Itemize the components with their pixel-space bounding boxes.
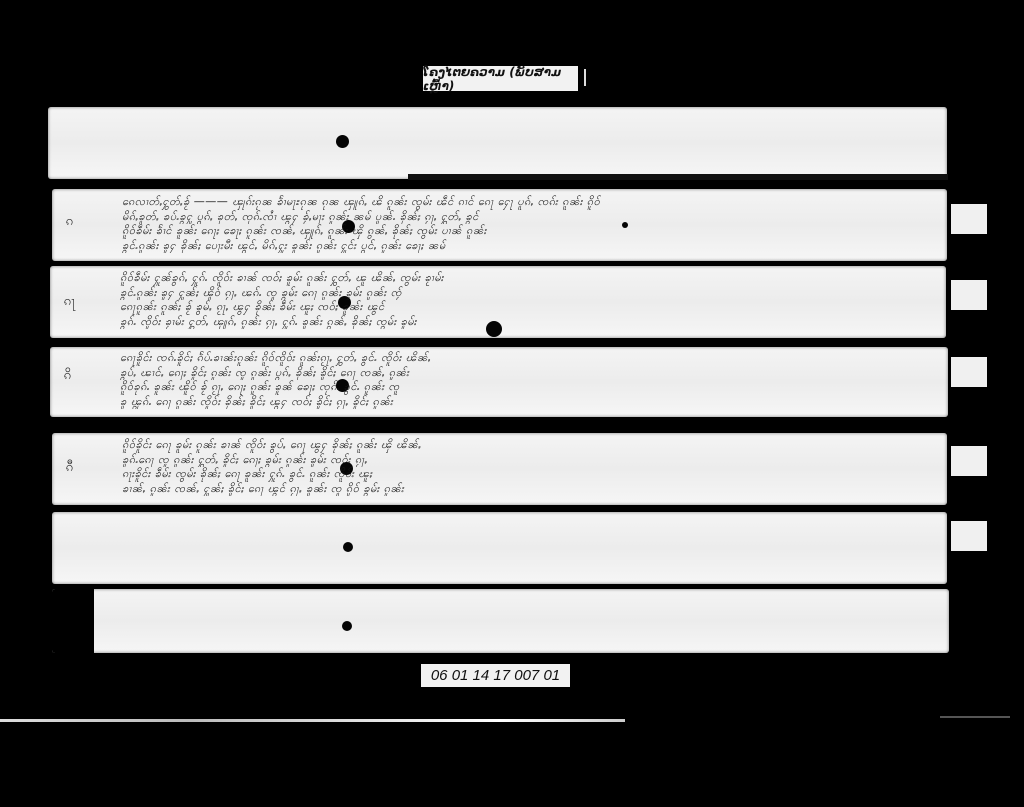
text-line: ၵေႃၵူၼ်း ၵူၼ်ႈ ၶႂ် ၶွမ်ႇ ၵႂႃႇ ၽွႁ ၶိုၼ်ႈ… xyxy=(120,300,926,315)
text-line: ၶွပ်ႇ ၽၢင်ႇ ၵေႃႈ ၶိူင်ႈ ၵူၼ်း ၸူ ၵူၼ်း ပ… xyxy=(120,366,928,381)
text-line: ၶူၵ်ႉၵေႃ ၸူ ၵူၼ်း ႁွတ်ႇ ၶိူင်ႈ ၵေႃႈ ၶွမ်… xyxy=(122,453,927,468)
text-line: ၵိူဝ်ၶိူင်း ၵေႃ ၶူမ်း ၵူၼ်း ၶၢၼ် ၸိူဝ်း … xyxy=(122,438,927,453)
palm-leaf-4: ၵိ ၵေႃၶိူင်း ၸၵ်ႉၶိူင်ႈ ၵႅပ်ႉၶၢၼ်းၵူၼ်း … xyxy=(50,347,948,417)
leaf-number: ၵိ xyxy=(64,367,71,386)
string-hole xyxy=(336,135,349,148)
leaf-text: ၵေလၢတ်ႇႁွတ်ႇၶႂ် ——— ၾုၵ်းၵုၼ ၶႅၢမႃႊၵုၼ ၵ… xyxy=(122,195,927,253)
leaf-number: ၵီ xyxy=(66,459,73,478)
side-tab xyxy=(951,357,987,387)
text-line: ၶွင်ႉၵူၼ်း ၶူႁ ၶိုၼ်ႈ ပေႃးမီး ၽွင်ႇ မိၵ်… xyxy=(122,239,927,254)
leaf-text: ၵိူဝ်ၶဵမ်း ႁူၼ်ၶွၵ်ႇ ႁူၵ်ႉ ၸိူဝ်း ၶၢၼ် ၸ… xyxy=(120,271,926,329)
text-line: ၵႃးၶိူင်း ၶဵမ်း ၸွမ်း ၶိုၼ်ႈ ၵေႃ ၶူၼ်း ႁ… xyxy=(122,467,927,482)
side-tab xyxy=(951,521,987,551)
leaf-text: ၵိူဝ်ၶိူင်း ၵေႃ ၶူမ်း ၵူၼ်း ၶၢၼ် ၸိူဝ်း … xyxy=(122,438,927,496)
leaf-damage xyxy=(408,174,948,180)
side-tab xyxy=(951,204,987,234)
palm-leaf-6 xyxy=(52,512,947,584)
side-tab xyxy=(951,446,987,476)
string-hole xyxy=(343,542,353,552)
leaf-number: ၵ xyxy=(66,213,73,232)
text-line: ၶူ ၾွၵ်ႉ ၵေႃ ၵူၼ်း ၸိူဝ်း ၶိုၼ်ႈ ၶိူင်ႈ … xyxy=(120,395,928,410)
palm-leaf-2: ၵ ၵေလၢတ်ႇႁွတ်ႇၶႂ် ——— ၾုၵ်းၵုၼ ၶႅၢမႃႊၵုၼ… xyxy=(52,189,947,261)
text-line: ၶွၵ်ႉ ၸိူဝ်း ၶႂၢမ်း ႁွတ်ႇ ၾူၵ်ႇ ၵူၼ်း ၵႂ… xyxy=(120,315,926,330)
text-line: ၵိူဝ်ၶဵမ်း ႁူၼ်ၶွၵ်ႇ ႁူၵ်ႉ ၸိူဝ်း ၶၢၼ် ၸ… xyxy=(120,271,926,286)
catalog-number-label: 06 01 14 17 007 01 xyxy=(421,664,570,687)
scan-edge-line xyxy=(0,719,625,722)
title-mark xyxy=(584,69,586,86)
text-line: မိၵ်ႇၶူတ်ႇ ၶပ်ႉၶွႁူ ပွၵ်ႇ ၶုတ်ႇ ၸုၵ်ႉၸၢႆ… xyxy=(122,210,927,225)
side-tab xyxy=(951,280,987,310)
leaf-damage xyxy=(52,589,94,653)
text-line: ၵေႃၶိူင်း ၸၵ်ႉၶိူင်ႈ ၵႅပ်ႉၶၢၼ်းၵူၼ်း ၵိူ… xyxy=(120,351,928,366)
leaf-text: ၵေႃၶိူင်း ၸၵ်ႉၶိူင်ႈ ၵႅပ်ႉၶၢၼ်းၵူၼ်း ၵိူ… xyxy=(120,351,928,409)
text-line: ၵေလၢတ်ႇႁွတ်ႇၶႂ် ——— ၾုၵ်းၵုၼ ၶႅၢမႃႊၵုၼ ၵ… xyxy=(122,195,927,210)
text-line: ၶွင်ႉၵူၼ်း ၶူႁ ႁူၼ်ႈ ၽိူဝ် ၵႂႃႇ ၽၵ်ႉ ၸူ … xyxy=(120,286,926,301)
leaf-number: ၵႃ xyxy=(64,293,75,312)
title-label: ໂຄງໄຕຍຄວາມ (ພັບສາມເຫຼົ້າ) xyxy=(423,66,578,91)
palm-leaf-5: ၵီ ၵိူဝ်ၶိူင်း ၵေႃ ၶူမ်း ၵူၼ်း ၶၢၼ် ၸိူဝ… xyxy=(52,433,947,505)
scan-edge-line xyxy=(940,716,1010,718)
palm-leaf-7 xyxy=(52,589,949,653)
text-line: ၵိူဝ်ၶဵမ်း ၶႅၢင် ၶူၼ်း ၵေႃႈ ၶေႃႈ ၵူၼ်း ၸ… xyxy=(122,224,927,239)
text-line: ၶၢၼ်ႇ ၵူၼ်း ၸၼ်ႇ ႁူၼ်ႈ ၶိူင်ႈ ၵေႃ ၽွင် ၵ… xyxy=(122,482,927,497)
palm-leaf-3: ၵႃ ၵိူဝ်ၶဵမ်း ႁူၼ်ၶွၵ်ႇ ႁူၵ်ႉ ၸိူဝ်း ၶၢၼ… xyxy=(50,266,946,338)
text-line: ၵိူဝ်ၶုၵ်ႉ ၶူၼ်း ၽိူဝ် ၶႂ် ၵႂႃႇ ၵေႃႈ ၵူၼ… xyxy=(120,380,928,395)
string-hole xyxy=(342,621,352,631)
palm-leaf-1 xyxy=(48,107,947,179)
